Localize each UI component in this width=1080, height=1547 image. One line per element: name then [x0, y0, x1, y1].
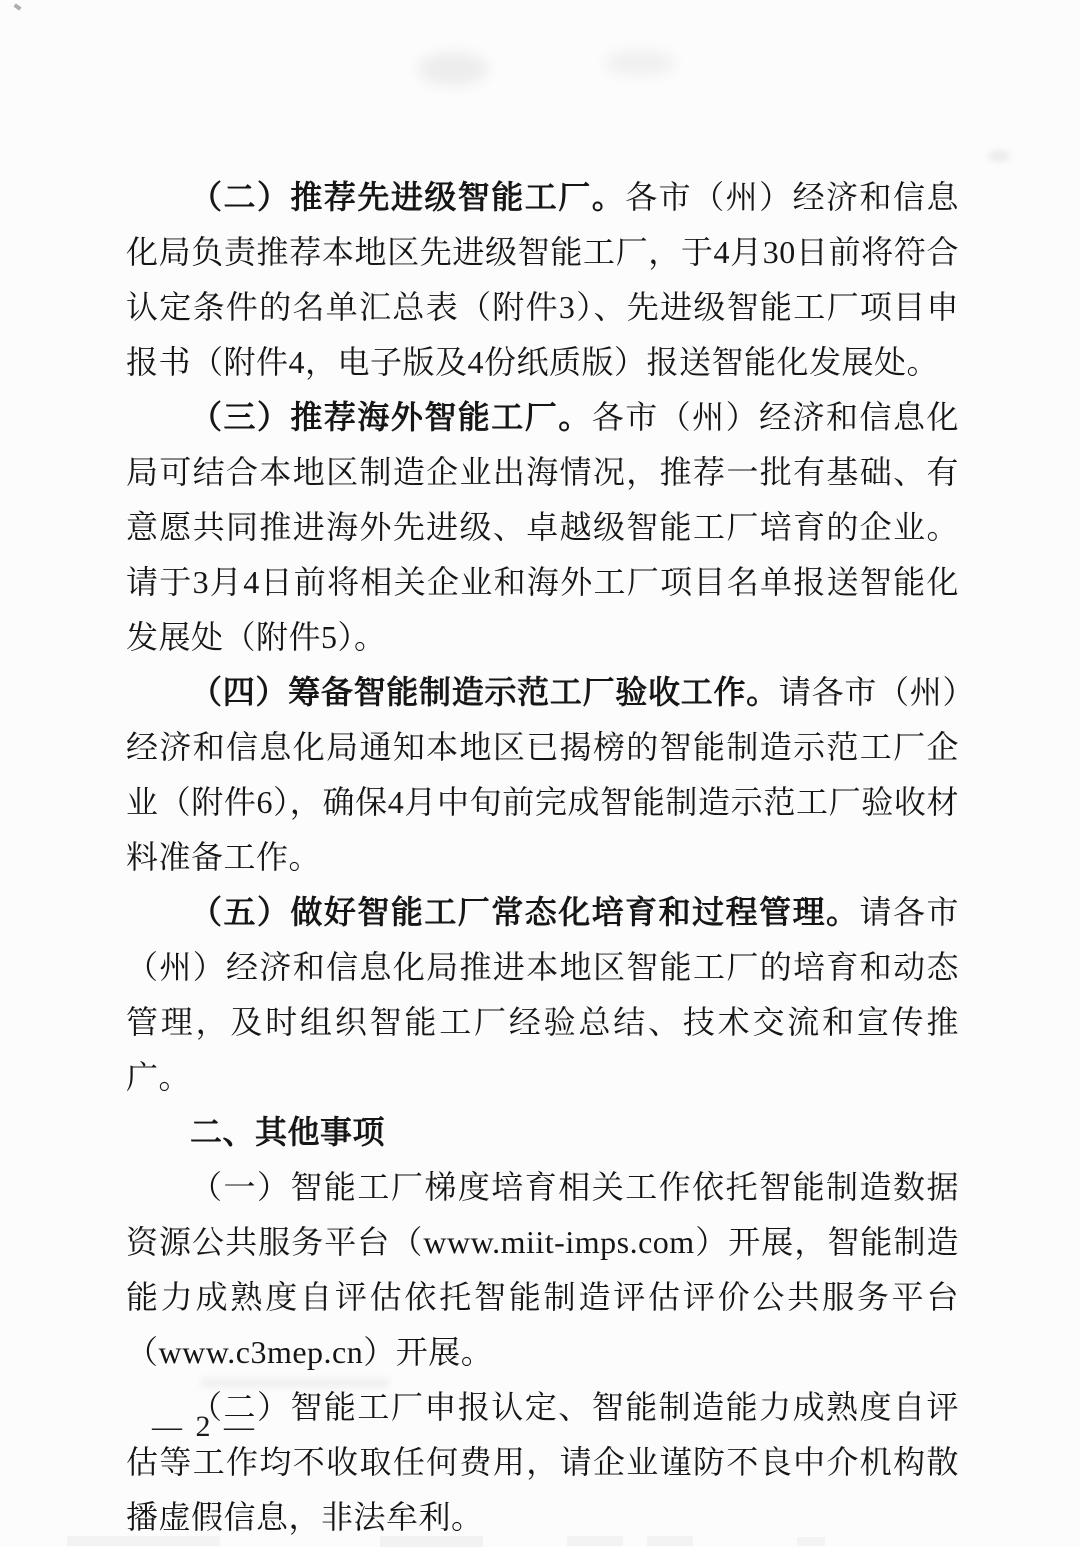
- paragraph-recommend-advanced-factory: （二）推荐先进级智能工厂。各市（州）经济和信息化局负责推荐本地区先进级智能工厂，…: [126, 170, 959, 390]
- paragraph-ongoing-management: （五）做好智能工厂常态化培育和过程管理。请各市（州）经济和信息化局推进本地区智能…: [126, 885, 959, 1105]
- paragraph-acceptance-preparation: （四）筹备智能制造示范工厂验收工作。请各市（州）经济和信息化局通知本地区已揭榜的…: [126, 665, 959, 885]
- page-number: — 2 —: [152, 1407, 257, 1447]
- section-heading-other-matters: 二、其他事项: [126, 1105, 959, 1160]
- scan-smudge-top-b: [605, 50, 675, 76]
- paragraph-lead-overseas-factory: （三）推荐海外智能工厂。: [190, 399, 592, 435]
- paragraph-text-overseas-factory: 各市（州）经济和信息化局可结合本地区制造企业出海情况，推荐一批有基础、有意愿共同…: [126, 399, 959, 655]
- scan-smudge-top-c: [988, 150, 1010, 162]
- document-body: （二）推荐先进级智能工厂。各市（州）经济和信息化局负责推荐本地区先进级智能工厂，…: [126, 170, 959, 1545]
- scan-smudge-top-a: [418, 52, 488, 86]
- paragraph-no-fees-warning: （二）智能工厂申报认定、智能制造能力成熟度自评估等工作均不收取任何费用，请企业谨…: [126, 1380, 959, 1545]
- paragraph-lead-ongoing-management: （五）做好智能工厂常态化培育和过程管理。: [190, 894, 860, 930]
- paragraph-recommend-overseas-factory: （三）推荐海外智能工厂。各市（州）经济和信息化局可结合本地区制造企业出海情况，推…: [126, 390, 959, 665]
- scan-speck-top-left: [13, 3, 21, 10]
- paragraph-lead-acceptance-preparation: （四）筹备智能制造示范工厂验收工作。: [190, 674, 779, 710]
- document-page: （二）推荐先进级智能工厂。各市（州）经济和信息化局负责推荐本地区先进级智能工厂，…: [0, 0, 1080, 1547]
- paragraph-lead-advanced-factory: （二）推荐先进级智能工厂。: [190, 179, 625, 215]
- paragraph-service-platforms: （一）智能工厂梯度培育相关工作依托智能制造数据资源公共服务平台（www.miit…: [126, 1160, 959, 1380]
